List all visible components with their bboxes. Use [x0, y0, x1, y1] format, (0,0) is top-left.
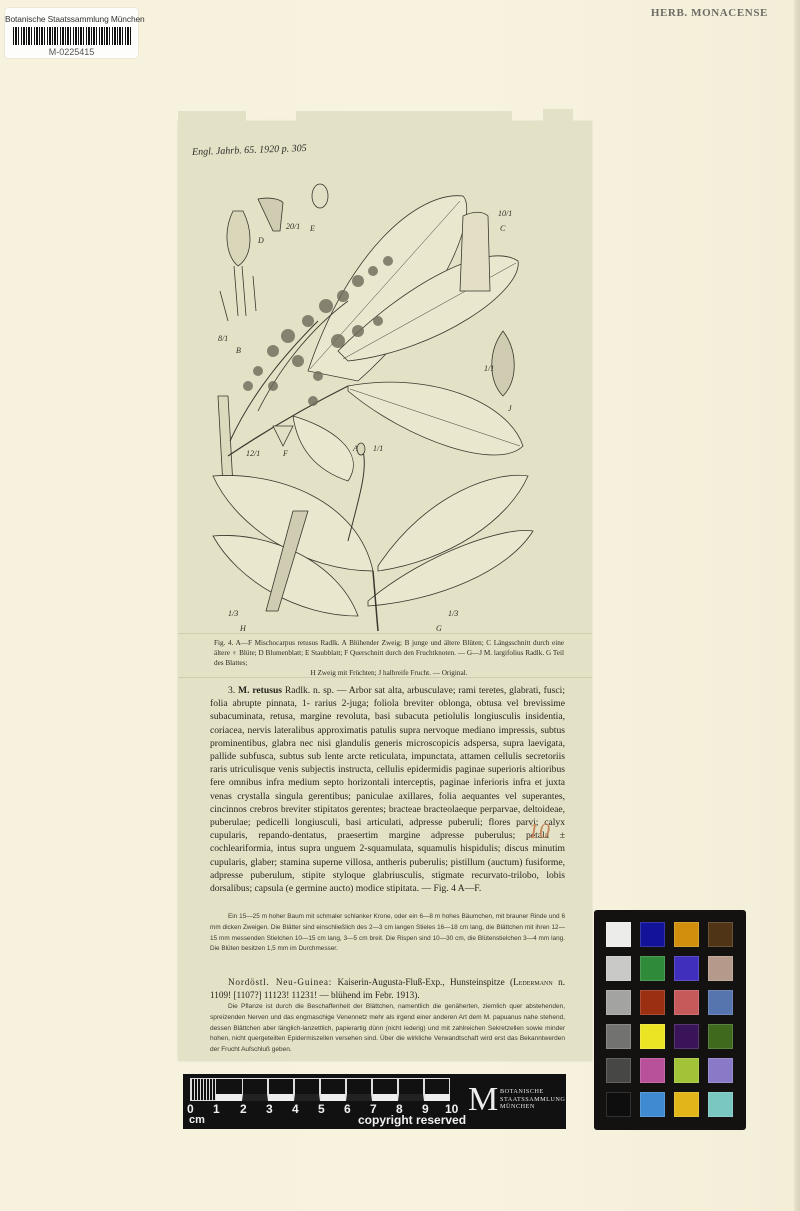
remarks-text: Die Pflanze ist durch die Beschaffenheit… [210, 1002, 565, 1056]
color-swatch [606, 1058, 631, 1083]
species-name: M. retusus [238, 685, 282, 696]
barcode-icon [13, 27, 131, 45]
locality-region: Nordöstl. Neu-Guinea: [228, 977, 332, 987]
color-swatch [640, 990, 665, 1015]
scale-ruler: 0 1 2 3 4 5 6 7 8 9 10 cm copyright rese… [183, 1074, 566, 1129]
svg-text:1/1: 1/1 [373, 444, 383, 453]
color-calibration-chart [594, 910, 746, 1130]
color-swatch [674, 990, 699, 1015]
barcode-institution: Botanische Staatssammlung München [5, 14, 138, 24]
color-swatch [674, 1092, 699, 1117]
svg-text:1/3: 1/3 [228, 609, 238, 618]
barcode-label: Botanische Staatssammlung München M-0225… [5, 8, 138, 58]
color-swatch [606, 990, 631, 1015]
color-swatch [640, 1058, 665, 1083]
color-swatch [708, 1092, 733, 1117]
svg-text:E: E [309, 224, 315, 233]
mounted-clipping: Engl. Jahrb. 65. 1920 p. 305 [178, 121, 592, 1061]
herbarium-stamp: HERB. MONACENSE [651, 7, 768, 19]
color-swatch [708, 956, 733, 981]
latin-body: Arbor sat alta, arbusculave; rami terete… [210, 685, 565, 894]
collector-name: Ledermann [513, 977, 553, 987]
caption-line-2: H Zweig mit Früchten; J halbreife Frucht… [214, 668, 564, 678]
latin-description: 3. M. retusus Radlk. n. sp. — Arbor sat … [210, 684, 565, 895]
sheet-edge [794, 0, 800, 1211]
institution-logo: M BOTANISCHE STAATSSAMMLUNG MÜNCHEN [468, 1082, 563, 1122]
color-swatch [640, 956, 665, 981]
svg-text:12/1: 12/1 [246, 449, 260, 458]
locality-text: Nordöstl. Neu-Guinea: Kaiserin-Augusta-F… [210, 976, 565, 1002]
svg-text:20/1: 20/1 [286, 222, 300, 231]
specimen-id: M-0225415 [5, 47, 138, 57]
logo-monogram-icon: M [468, 1082, 498, 1118]
color-swatch [674, 922, 699, 947]
color-swatch [708, 990, 733, 1015]
svg-text:B: B [236, 346, 241, 355]
color-swatch [606, 956, 631, 981]
color-swatch [606, 1092, 631, 1117]
color-swatch [674, 1024, 699, 1049]
copyright-notice: copyright reserved [358, 1113, 466, 1127]
figure-caption: Fig. 4. A—F Mischocarpus retusus Radlk. … [214, 638, 564, 678]
ruler-scale-bar [190, 1078, 460, 1101]
color-swatch [640, 922, 665, 947]
color-swatch [708, 922, 733, 947]
svg-text:10/1: 10/1 [498, 209, 512, 218]
german-description: Ein 15—25 m hoher Baum mit schmaler schl… [210, 912, 565, 955]
svg-text:J: J [508, 404, 512, 413]
logo-text: BOTANISCHE STAATSSAMMLUNG MÜNCHEN [500, 1088, 565, 1111]
color-swatch [674, 956, 699, 981]
color-swatch [640, 1024, 665, 1049]
svg-text:H: H [239, 624, 247, 633]
color-swatch [640, 1092, 665, 1117]
color-swatch [708, 1058, 733, 1083]
svg-text:F: F [282, 449, 288, 458]
locality-expedition: Kaiserin-Augusta-Fluß-Exp., Hunsteinspit… [337, 977, 504, 987]
svg-text:8/1: 8/1 [218, 334, 228, 343]
svg-text:1/1: 1/1 [484, 364, 494, 373]
botanical-illustration: 8/1 B 20/1 D E 10/1 C 1/1 J 12/1 F A 1/1… [198, 171, 578, 636]
svg-text:1/3: 1/3 [448, 609, 458, 618]
pencil-mark-middle: 10 [528, 818, 550, 844]
color-swatch [606, 1024, 631, 1049]
species-author: Radlk. n. sp. — [285, 685, 347, 696]
svg-text:D: D [257, 236, 264, 245]
color-swatch [708, 1024, 733, 1049]
species-number: 3. [210, 685, 235, 696]
svg-text:A: A [352, 444, 358, 453]
color-swatch [606, 922, 631, 947]
svg-text:G: G [436, 624, 442, 633]
svg-text:C: C [500, 224, 506, 233]
ruler-unit: cm [189, 1114, 205, 1126]
color-swatch [674, 1058, 699, 1083]
caption-line-1: Fig. 4. A—F Mischocarpus retusus Radlk. … [214, 639, 564, 667]
handwritten-reference: Engl. Jahrb. 65. 1920 p. 305 [192, 143, 307, 158]
